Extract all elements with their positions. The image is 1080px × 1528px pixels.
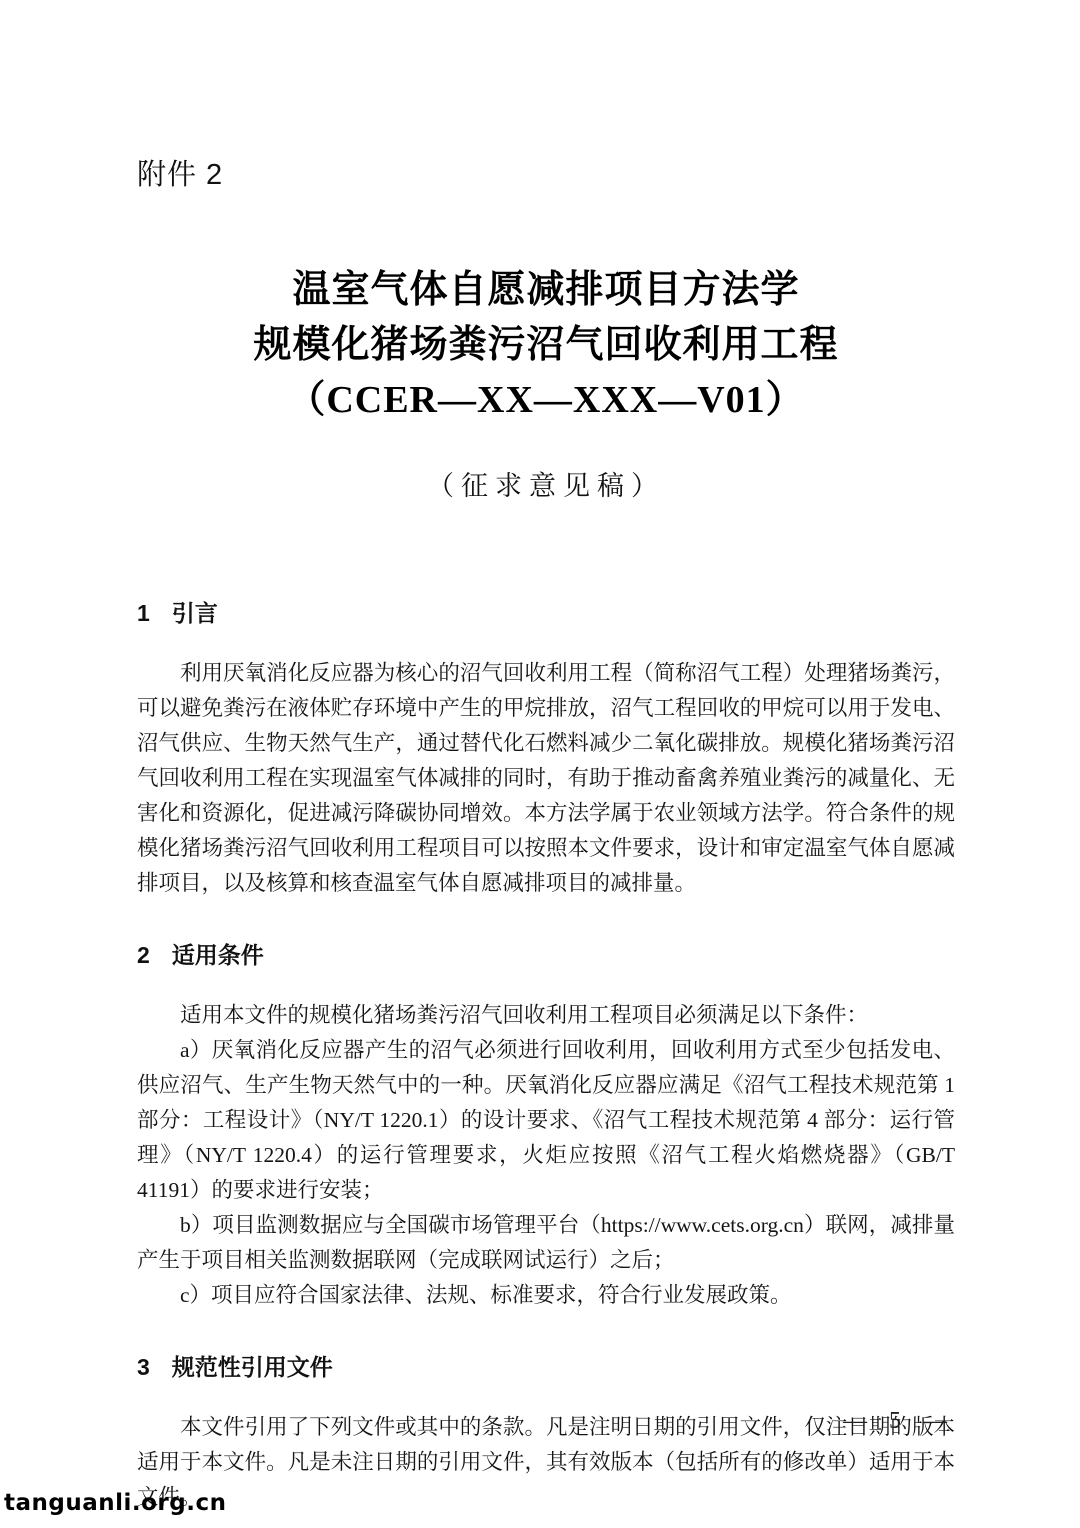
document-page: 附件 2 温室气体自愿减排项目方法学 规模化猪场粪污沼气回收利用工程 （CCER… (0, 0, 1080, 1528)
section-2-intro-paragraph: 适用本文件的规模化猪场粪污沼气回收利用工程项目必须满足以下条件： (137, 998, 955, 1033)
section-3-heading: 3规范性引用文件 (137, 1353, 955, 1381)
title-line-2: 规模化猪场粪污沼气回收利用工程 (137, 318, 955, 373)
section-2-title: 适用条件 (172, 942, 264, 968)
draft-subtitle: （征求意见稿） (137, 464, 955, 503)
title-line-1: 温室气体自愿减排项目方法学 (137, 263, 955, 318)
section-3-title: 规范性引用文件 (172, 1354, 333, 1380)
section-1-paragraph: 利用厌氧消化反应器为核心的沼气回收利用工程（简称沼气工程）处理猪场粪污，可以避免… (137, 656, 955, 901)
document-content: 附件 2 温室气体自愿减排项目方法学 规模化猪场粪污沼气回收利用工程 （CCER… (0, 0, 1080, 1515)
document-title: 温室气体自愿减排项目方法学 规模化猪场粪污沼气回收利用工程 （CCER—XX—X… (137, 263, 955, 428)
section-2-heading: 2适用条件 (137, 941, 955, 969)
page-number: — 5 — (820, 1408, 970, 1435)
section-2-number: 2 (137, 941, 150, 969)
watermark-text: tanguanli.org.cn (4, 1490, 226, 1516)
attachment-label: 附件 2 (137, 152, 955, 193)
section-2-item-a: a）厌氧消化反应器产生的沼气必须进行回收利用，回收利用方式至少包括发电、供应沼气… (137, 1033, 955, 1208)
section-2-item-c: c）项目应符合国家法律、法规、标准要求，符合行业发展政策。 (137, 1278, 955, 1313)
section-1-heading: 1引言 (137, 599, 955, 627)
section-1-number: 1 (137, 599, 150, 627)
section-1-title: 引言 (172, 600, 218, 626)
section-2-item-b: b）项目监测数据应与全国碳市场管理平台（https://www.cets.org… (137, 1208, 955, 1278)
title-line-3: （CCER—XX—XXX—V01） (137, 373, 955, 428)
section-3-number: 3 (137, 1353, 150, 1381)
